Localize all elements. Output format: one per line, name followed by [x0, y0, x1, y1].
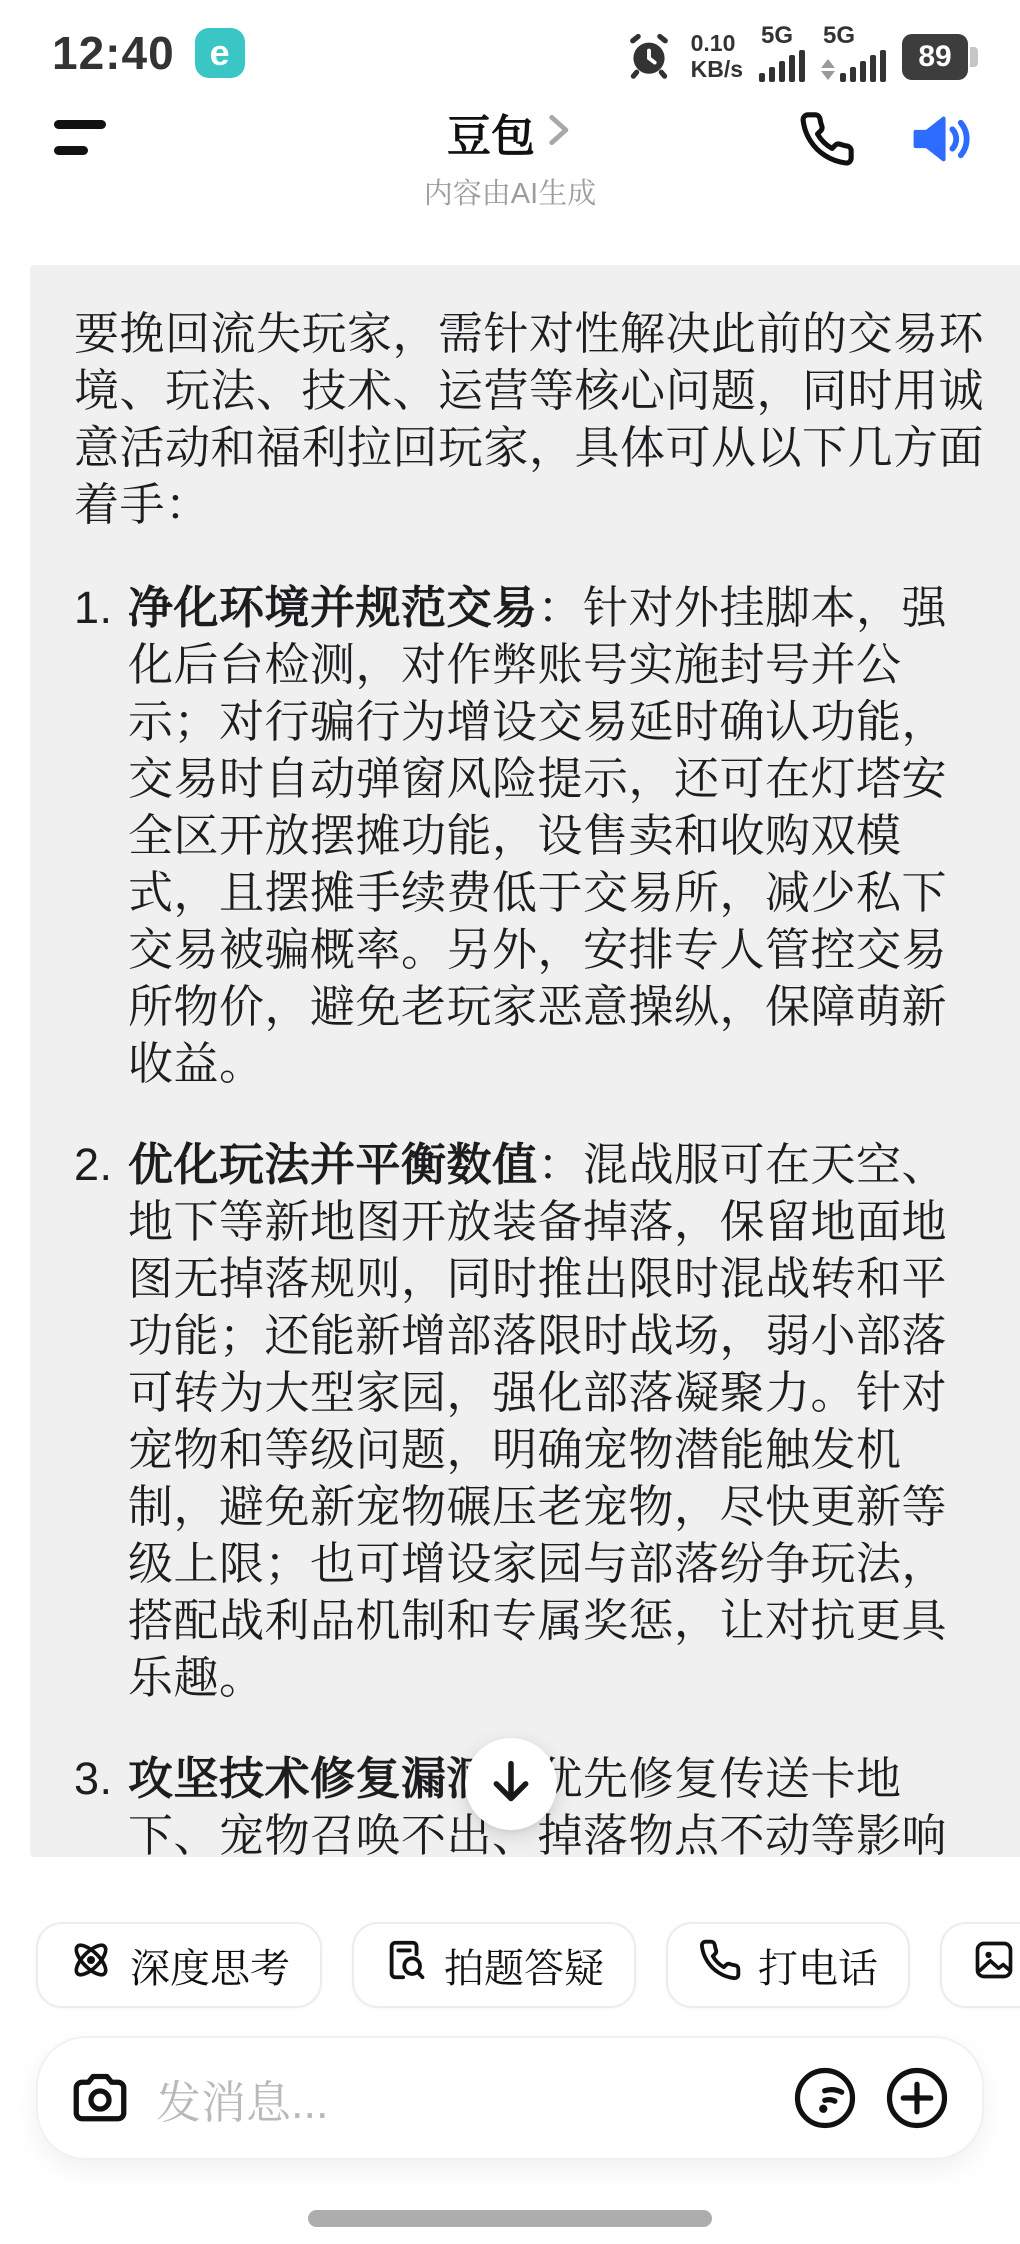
- doubao-chat-screen: 12:40 e 0.10 KB/s 5G: [0, 0, 1020, 2244]
- page-title: 豆包: [447, 100, 535, 164]
- alarm-clock-icon: [623, 30, 675, 82]
- status-bar: 12:40 e 0.10 KB/s 5G: [0, 14, 1020, 92]
- item-title: 净化环境并规范交易: [128, 582, 538, 633]
- ai-disclaimer: 内容由AI生成: [424, 171, 596, 212]
- list-item: 2. 优化玩法并平衡数值：混战服可在天空、地下等新地图开放装备掉落，保留地面地图…: [74, 1136, 986, 1706]
- speaker-readaloud-button[interactable]: [908, 108, 974, 170]
- phone-call-chip[interactable]: 打电话: [666, 1922, 910, 2008]
- signal-sim1: 5G: [759, 25, 805, 82]
- item-text: ：混战服可在天空、地下等新地图开放装备掉落，保留地面地图无掉落规则，同时推出限时…: [128, 1139, 947, 1703]
- bot-profile-link[interactable]: 豆包: [447, 100, 573, 164]
- item-title: 优化玩法并平衡数值: [128, 1139, 538, 1190]
- signal-bars-icon: [840, 50, 886, 82]
- message-composer[interactable]: 发消息...: [36, 2036, 984, 2160]
- scroll-to-bottom-button[interactable]: [465, 1738, 557, 1830]
- quick-action-toolbar: 深度思考 拍题答疑 打电话: [36, 1922, 1020, 2008]
- ai-image-icon: [972, 1938, 1016, 1992]
- home-indicator-bar[interactable]: [308, 2210, 712, 2227]
- plus-button[interactable]: [884, 2065, 950, 2131]
- arrow-down-icon: [489, 1758, 533, 1811]
- voice-call-button[interactable]: [798, 110, 856, 168]
- signal-sim2: 5G: [821, 25, 886, 82]
- ai-message-bubble: 要挽回流失玩家，需针对性解决此前的交易环境、玩法、技术、运营等核心问题，同时用诚…: [30, 265, 1020, 1857]
- data-arrows-icon: [821, 59, 835, 82]
- item-text: ：针对外挂脚本，强化后台检测，对作弊账号实施封号并公示；对行骗行为增设交易延时确…: [128, 582, 947, 1089]
- phone-call-icon: [698, 1938, 742, 1992]
- chat-header: 豆包 内容由AI生成: [0, 100, 1020, 192]
- message-input[interactable]: 发消息...: [156, 2066, 766, 2131]
- deep-think-atom-icon: [68, 1937, 114, 1993]
- signal-bars-icon: [759, 50, 805, 82]
- chevron-right-icon: [543, 111, 573, 154]
- ai-image-chip[interactable]: AI生图: [940, 1922, 1020, 2008]
- photo-question-chip[interactable]: 拍题答疑: [352, 1922, 636, 2008]
- battery-level: 89: [902, 34, 968, 80]
- photo-question-icon: [384, 1937, 428, 1993]
- battery-indicator: 89: [902, 34, 978, 80]
- list-item: 1. 净化环境并规范交易：针对外挂脚本，强化后台检测，对作弊账号实施封号并公示；…: [74, 579, 986, 1092]
- message-intro: 要挽回流失玩家，需针对性解决此前的交易环境、玩法、技术、运营等核心问题，同时用诚…: [74, 305, 986, 533]
- deep-think-chip[interactable]: 深度思考: [36, 1922, 322, 2008]
- network-speed: 0.10 KB/s: [691, 30, 743, 82]
- app-notification-badge-icon: e: [195, 28, 245, 78]
- voice-mode-button[interactable]: [792, 2065, 858, 2131]
- camera-button[interactable]: [70, 2070, 130, 2126]
- item-title: 攻坚技术修复漏洞: [128, 1753, 492, 1804]
- clock-time: 12:40: [52, 26, 175, 80]
